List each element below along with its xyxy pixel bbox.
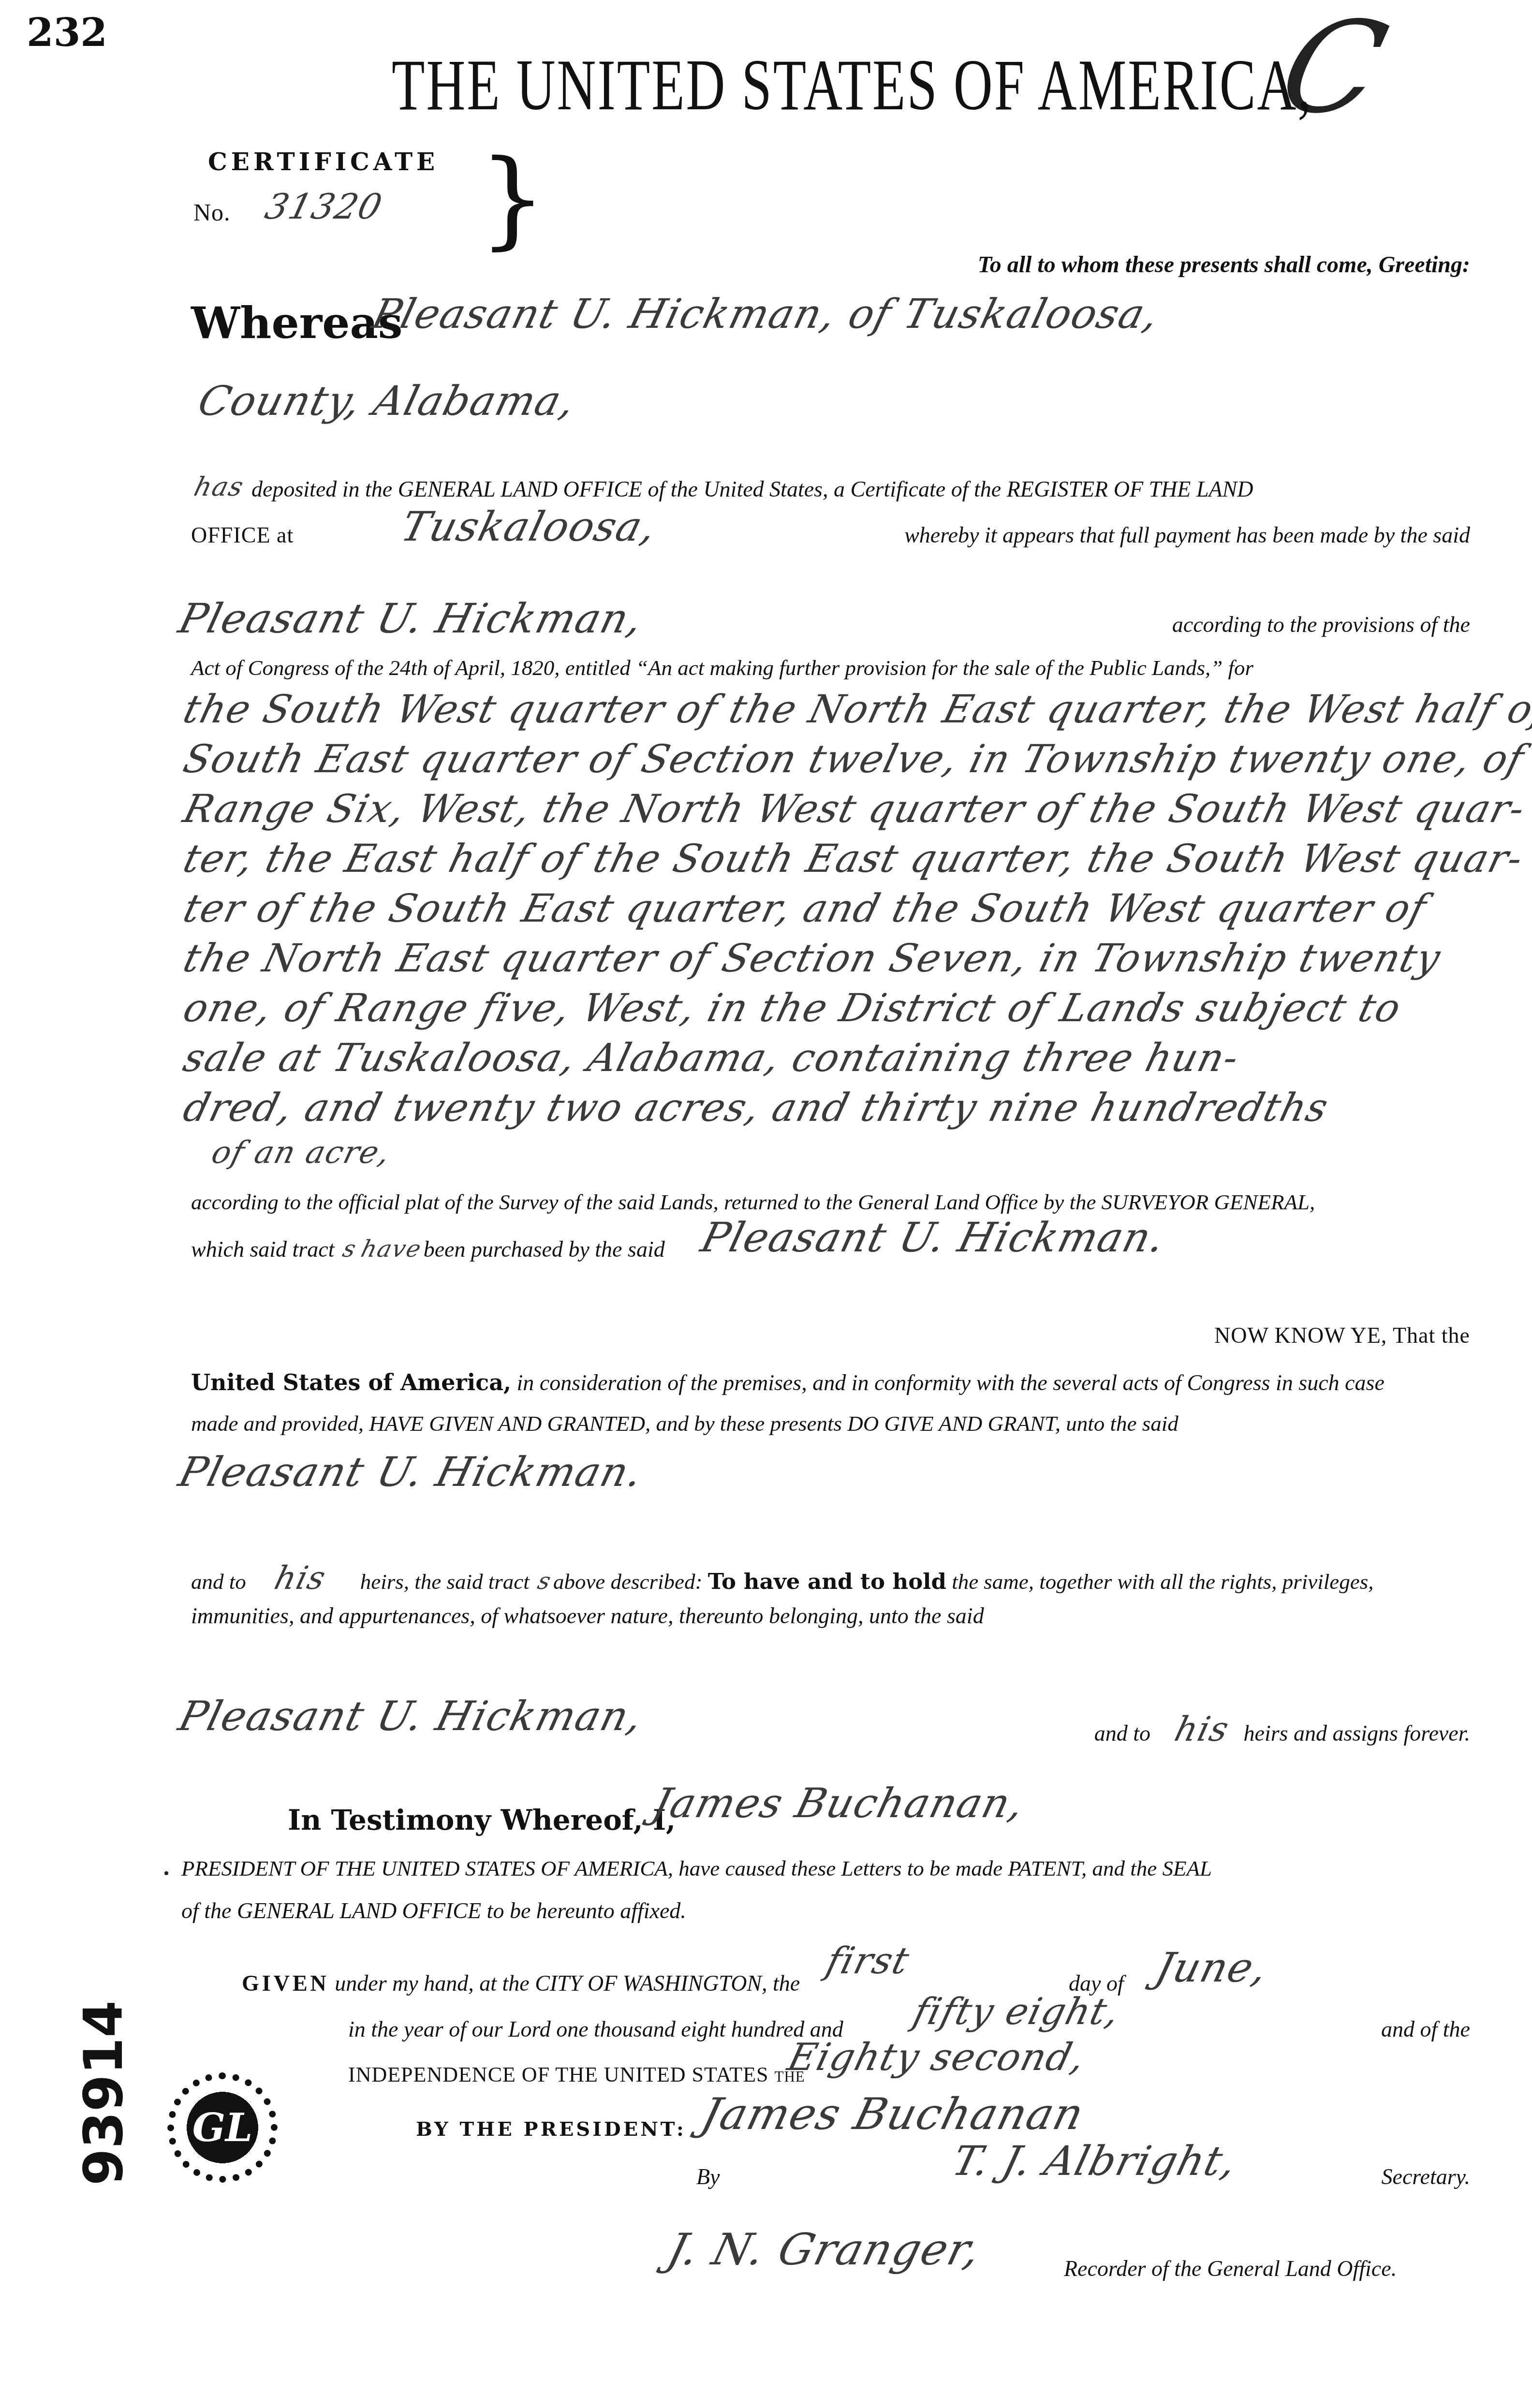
legal-description-line: one, of Range five, West, in the Distric…	[179, 985, 1406, 1030]
heirs-s: s	[535, 1568, 555, 1595]
given-day: first	[822, 1939, 914, 1982]
heirs-tail-2: above described:	[553, 1570, 703, 1594]
purchased-prefix: which said tract	[191, 1237, 334, 1262]
by-the-president-label: BY THE PRESIDENT:	[416, 2118, 686, 2141]
forever-tail: heirs and assigns forever.	[1243, 1721, 1470, 1746]
given-line3: INDEPENDENCE OF THE UNITED STATES the	[348, 2062, 805, 2087]
grantee-name-line2: County, Alabama,	[193, 377, 581, 425]
heirs-his: his	[271, 1559, 330, 1597]
grant-line2: made and provided, HAVE GIVEN AND GRANTE…	[191, 1411, 1178, 1436]
certificate-label: CERTIFICATE	[208, 147, 439, 176]
forever-name: Pleasant U. Hickman,	[174, 1692, 648, 1740]
act-of-congress-line: Act of Congress of the 24th of April, 18…	[191, 655, 1253, 680]
legal-description-line: of an acre,	[208, 1135, 395, 1171]
now-know-ye: NOW KNOW YE, That the	[1214, 1322, 1470, 1348]
heirs-and-to: and to	[191, 1570, 246, 1594]
plat-line: according to the official plat of the Su…	[191, 1189, 1315, 1215]
purchased-s: s	[340, 1235, 360, 1263]
given-year: fifty eight,	[909, 1990, 1125, 2033]
legal-description-line: ter, the East half of the South East qua…	[179, 836, 1528, 881]
recorder-signature: J. N. Granger,	[663, 2224, 987, 2275]
secretary-label: Secretary.	[1381, 2164, 1470, 2189]
purchased-have: have	[358, 1235, 425, 1263]
margin-dot	[164, 1871, 168, 1875]
president-name: James Buchanan,	[648, 1779, 1030, 1827]
certificate-no-label: No.	[193, 198, 231, 226]
legal-description-line: sale at Tuskaloosa, Alabama, containing …	[179, 1035, 1244, 1080]
forever-his: his	[1171, 1709, 1234, 1749]
recorder-label: Recorder of the General Land Office.	[1064, 2256, 1397, 2281]
testimony-line1: PRESIDENT OF THE UNITED STATES OF AMERIC…	[181, 1856, 1212, 1881]
president-signature: James Buchanan	[696, 2089, 1090, 2140]
secretary-signature: T. J. Albright,	[948, 2137, 1242, 2185]
legal-description-line: ter of the South East quarter, and the S…	[179, 886, 1431, 931]
has-word: has	[191, 471, 247, 502]
certificate-brace: }	[479, 145, 546, 251]
given-line1-text: under my hand, at the CITY OF WASHINGTON…	[335, 1971, 800, 1996]
purchaser-name: Pleasant U. Hickman.	[696, 1214, 1170, 1261]
independence-label: INDEPENDENCE OF THE UNITED STATES the	[348, 2063, 805, 2086]
usa-gothic: United States of America,	[191, 1369, 511, 1395]
to-have-and-hold: To have and to hold	[708, 1569, 946, 1594]
purchased-line: which said tract s have been purchased b…	[191, 1235, 665, 1263]
grant-line1: United States of America, in considerati…	[191, 1369, 1385, 1395]
heirs-tail-1: heirs, the said tract	[360, 1570, 530, 1594]
forever-line: and to his heirs and assigns forever.	[1094, 1709, 1470, 1749]
provisions-tail: according to the provisions of the	[1172, 612, 1470, 637]
by-label: By	[696, 2164, 720, 2189]
and-of-the-label: and of the	[1381, 2016, 1470, 2042]
deposit-line1: deposited in the GENERAL LAND OFFICE of …	[251, 476, 1253, 502]
legal-description-line: South East quarter of Section twelve, in…	[179, 736, 1529, 781]
document-title: THE UNITED STATES OF AMERICA,	[392, 44, 1312, 128]
in-testimony-whereof: In Testimony Whereof, I,	[288, 1804, 676, 1836]
certificate-number: 31320	[261, 186, 387, 227]
given-month: June,	[1151, 1944, 1273, 1991]
given-line2: in the year of our Lord one thousand eig…	[348, 2016, 843, 2042]
immunities-line: immunities, and appurtenances, of whatso…	[191, 1603, 984, 1629]
legal-description-line: the North East quarter of Section Seven,…	[179, 936, 1445, 981]
forever-and-to: and to	[1094, 1721, 1150, 1746]
testimony-line2: of the GENERAL LAND OFFICE to be hereunt…	[181, 1898, 686, 1923]
legal-description-line: dred, and twenty two acres, and thirty n…	[179, 1085, 1333, 1130]
grantee-name-line1: Pleasant U. Hickman, of Tuskaloosa,	[368, 290, 1164, 338]
legal-description-line: Range Six, West, the North West quarter …	[179, 786, 1530, 831]
office-at-label: OFFICE at	[191, 522, 294, 548]
payer-name: Pleasant U. Hickman,	[174, 595, 648, 642]
heirs-tail-3: the same, together with all the rights, …	[952, 1570, 1373, 1594]
greeting: To all to whom these presents shall come…	[978, 251, 1470, 278]
legal-description-line: the South West quarter of the North East…	[179, 687, 1532, 732]
heirs-line: and to his heirs, the said tract s above…	[191, 1559, 1374, 1597]
deposit-line2-tail: whereby it appears that full payment has…	[904, 522, 1470, 548]
purchased-suffix: been purchased by the said	[424, 1237, 665, 1262]
office-at: OFFICE at	[191, 523, 294, 547]
page-number: 232	[27, 10, 107, 55]
seal-monogram: GL	[179, 2084, 266, 2171]
independence-year: Eighty second,	[783, 2036, 1090, 2079]
general-land-office-seal: GL	[179, 2084, 266, 2171]
given-label: GIVEN	[242, 1971, 329, 1996]
margin-number: 93914	[73, 2000, 134, 2186]
office-location: Tuskaloosa,	[397, 503, 662, 550]
grantee-name: Pleasant U. Hickman.	[174, 1448, 648, 1496]
grant-line1-tail: in consideration of the premises, and in…	[517, 1370, 1385, 1395]
given-line1: GIVEN under my hand, at the CITY OF WASH…	[242, 1970, 800, 1996]
